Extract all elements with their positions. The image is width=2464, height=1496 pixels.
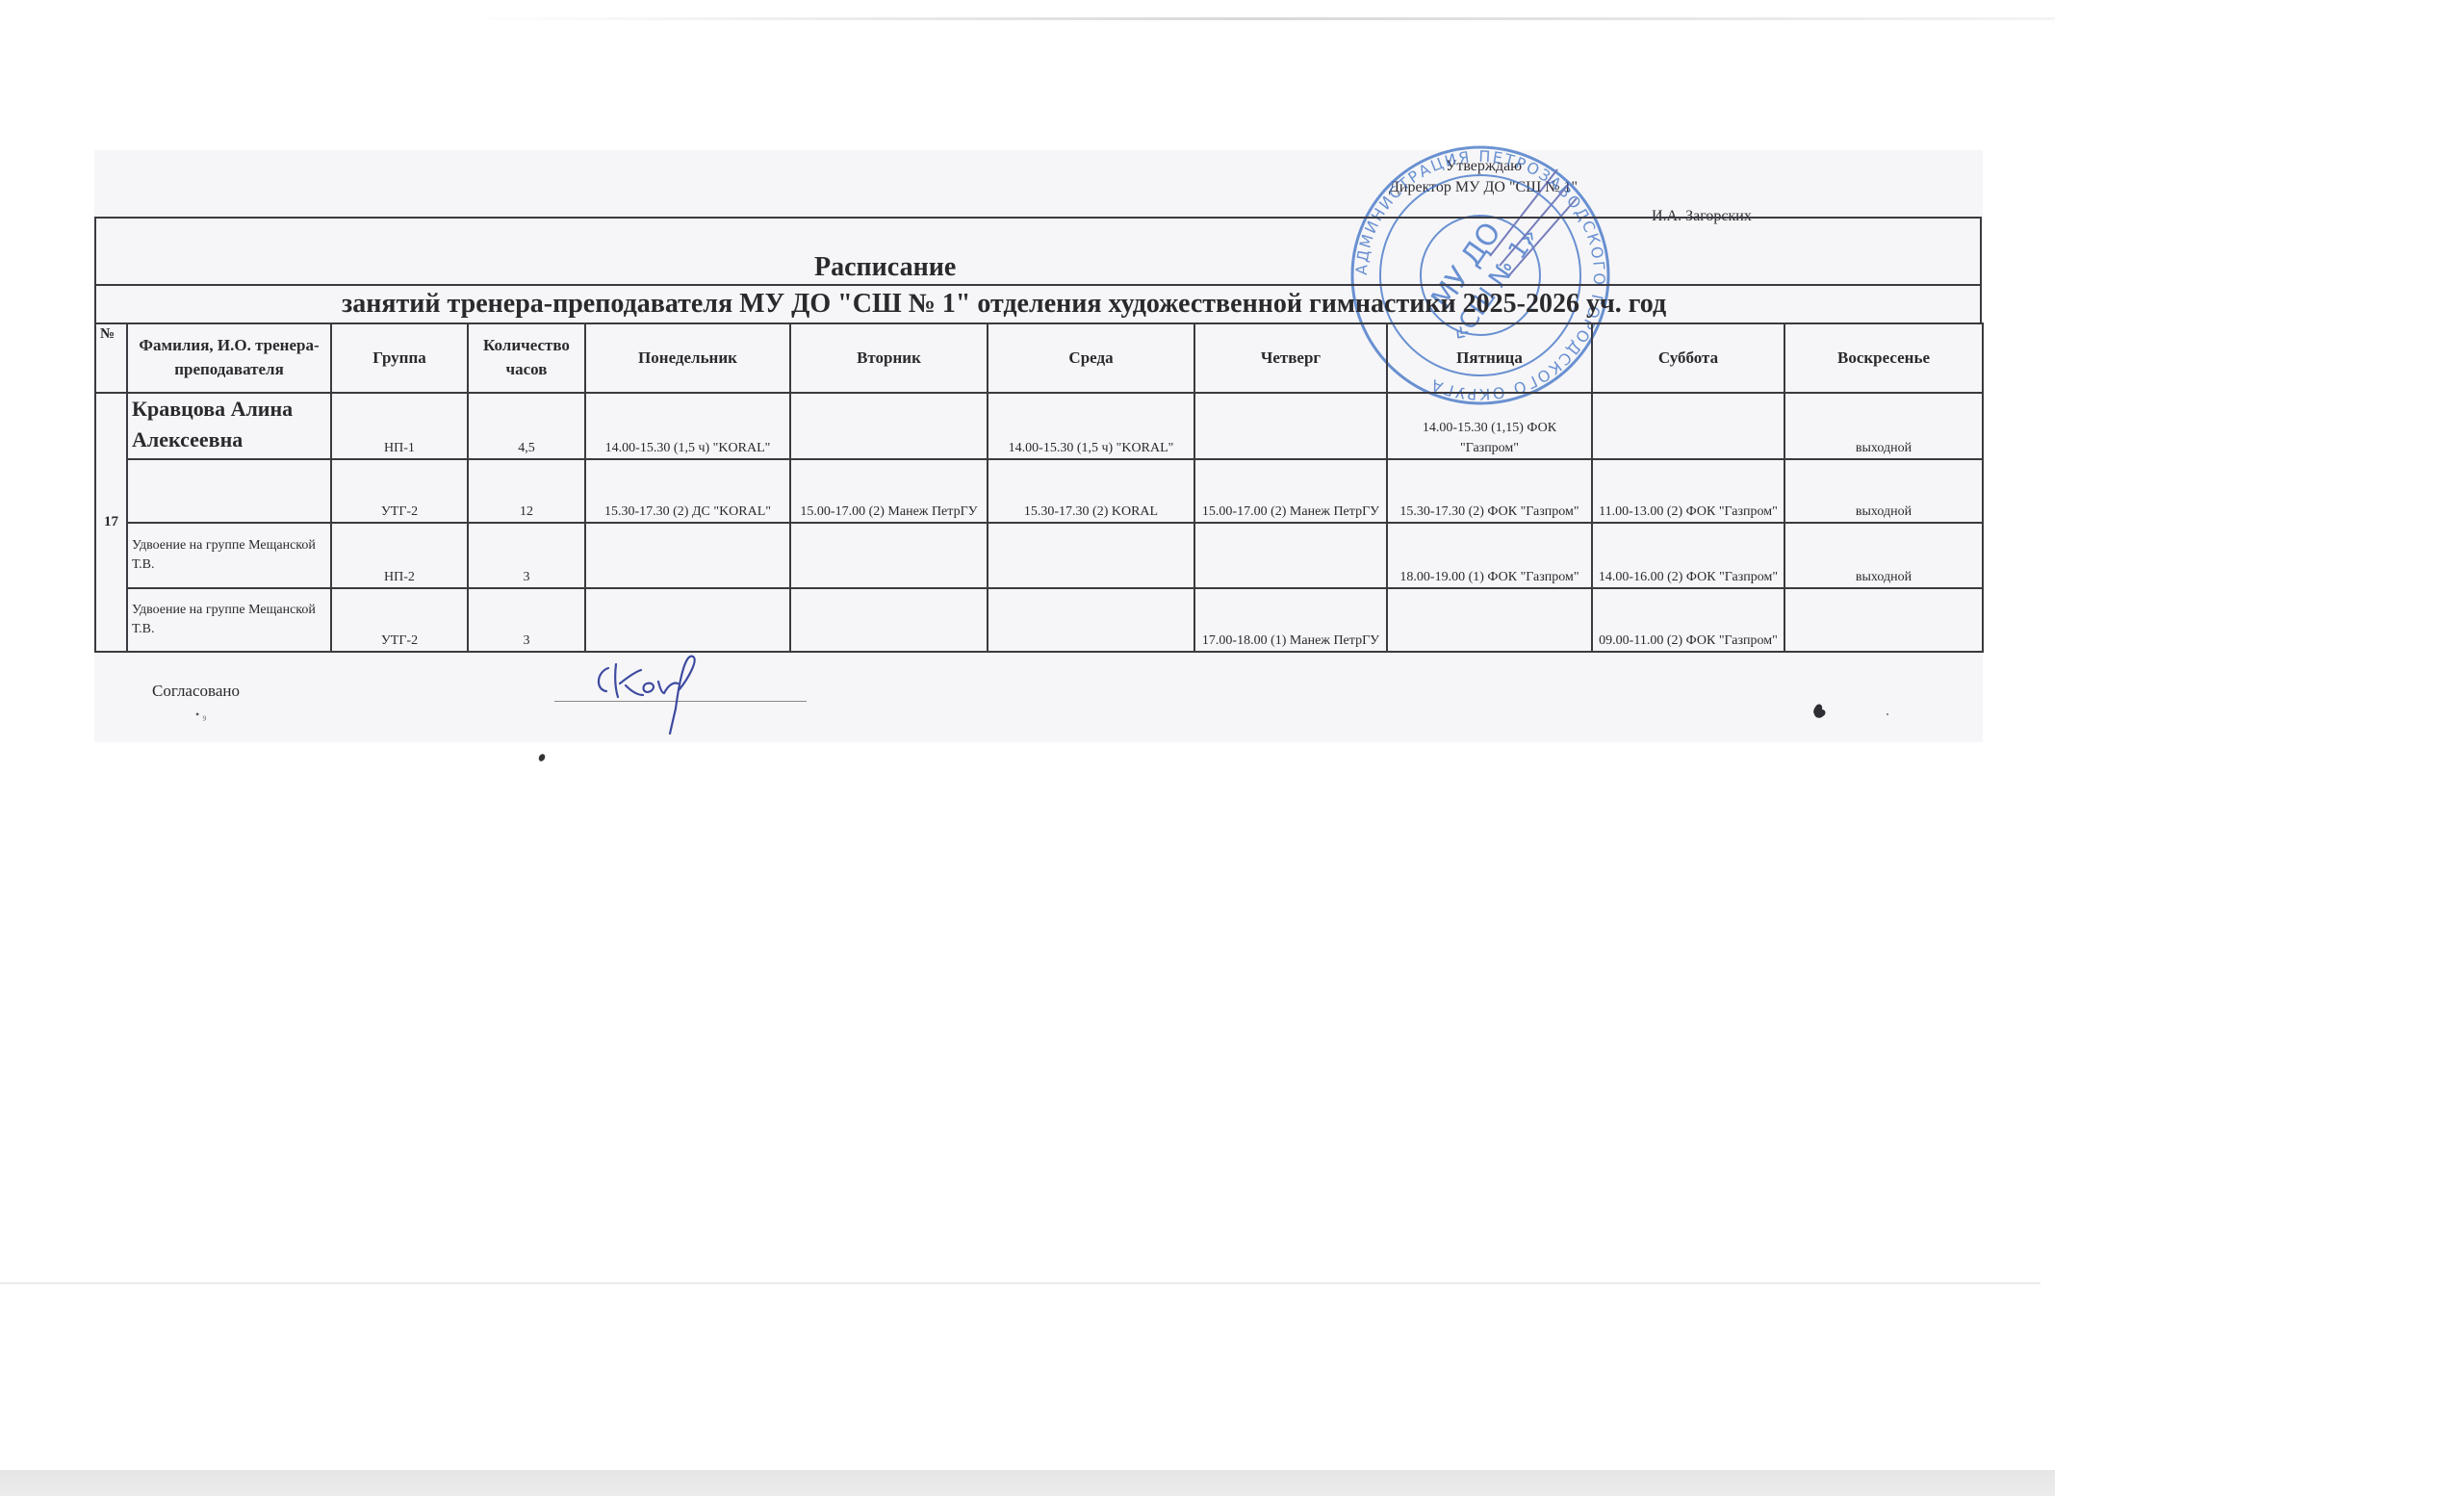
schedule-table: № Фамилия, И.О. тренера-преподавателя Гр… bbox=[94, 322, 1984, 653]
scan-speck bbox=[1886, 713, 1888, 715]
friday-cell: 14.00-15.30 (1,15) ФОК "Газпром" bbox=[1387, 393, 1592, 459]
title-divider bbox=[94, 284, 1982, 286]
sunday-cell: выходной bbox=[1784, 523, 1983, 588]
table-header-row: № Фамилия, И.О. тренера-преподавателя Гр… bbox=[95, 323, 1983, 393]
header-name: Фамилия, И.О. тренера-преподавателя bbox=[127, 323, 331, 393]
tuesday-cell bbox=[790, 393, 988, 459]
scan-artifact-line bbox=[0, 1282, 2040, 1284]
approval-label: Утверждаю bbox=[1446, 158, 1522, 175]
hours-cell: 12 bbox=[468, 459, 585, 523]
thursday-cell bbox=[1194, 523, 1387, 588]
thursday-cell: 17.00-18.00 (1) Манеж ПетрГУ bbox=[1194, 588, 1387, 652]
header-friday: Пятница bbox=[1387, 323, 1592, 393]
header-num: № bbox=[95, 323, 127, 393]
friday-cell: 18.00-19.00 (1) ФОК "Газпром" bbox=[1387, 523, 1592, 588]
monday-cell bbox=[585, 523, 790, 588]
saturday-cell: 09.00-11.00 (2) ФОК "Газпром" bbox=[1592, 588, 1784, 652]
table-row: Удвоение на группе Мещанской Т.В. УТГ-2 … bbox=[95, 588, 1983, 652]
hours-cell: 4,5 bbox=[468, 393, 585, 459]
sunday-cell: выходной bbox=[1784, 393, 1983, 459]
wednesday-cell bbox=[988, 588, 1194, 652]
sunday-cell bbox=[1784, 588, 1983, 652]
tuesday-cell bbox=[790, 523, 988, 588]
thursday-cell: 15.00-17.00 (2) Манеж ПетрГУ bbox=[1194, 459, 1387, 523]
group-cell: НП-2 bbox=[331, 523, 468, 588]
header-tuesday: Вторник bbox=[790, 323, 988, 393]
header-thursday: Четверг bbox=[1194, 323, 1387, 393]
monday-cell bbox=[585, 588, 790, 652]
document-title: Расписание bbox=[814, 252, 956, 283]
friday-cell bbox=[1387, 588, 1592, 652]
group-cell: УТГ-2 bbox=[331, 588, 468, 652]
ink-blot-icon bbox=[1811, 703, 1829, 720]
scan-speck: • ₉ bbox=[195, 708, 206, 722]
saturday-cell: 11.00-13.00 (2) ФОК "Газпром" bbox=[1592, 459, 1784, 523]
wednesday-cell: 15.30-17.30 (2) KORAL bbox=[988, 459, 1194, 523]
scan-speck bbox=[537, 753, 546, 762]
hours-cell: 3 bbox=[468, 523, 585, 588]
table-frame-top bbox=[94, 217, 1982, 219]
trainer-name: Удвоение на группе Мещанской Т.В. bbox=[127, 588, 331, 652]
table-row: УТГ-2 12 15.30-17.30 (2) ДС "KORAL" 15.0… bbox=[95, 459, 1983, 523]
trainer-name: Кравцова Алина Алексеевна bbox=[127, 393, 331, 459]
table-row: 17 Кравцова Алина Алексеевна НП-1 4,5 14… bbox=[95, 393, 1983, 459]
header-saturday: Суббота bbox=[1592, 323, 1784, 393]
saturday-cell bbox=[1592, 393, 1784, 459]
friday-cell: 15.30-17.30 (2) ФОК "Газпром" bbox=[1387, 459, 1592, 523]
wednesday-cell: 14.00-15.30 (1,5 ч) "KORAL" bbox=[988, 393, 1194, 459]
tuesday-cell: 15.00-17.00 (2) Манеж ПетрГУ bbox=[790, 459, 988, 523]
thursday-cell bbox=[1194, 393, 1387, 459]
agreed-label: Согласовано bbox=[152, 682, 240, 701]
monday-cell: 15.30-17.30 (2) ДС "KORAL" bbox=[585, 459, 790, 523]
signature-icon bbox=[587, 651, 731, 737]
scan-artifact-top bbox=[452, 17, 2055, 20]
group-cell: НП-1 bbox=[331, 393, 468, 459]
tuesday-cell bbox=[790, 588, 988, 652]
table-frame-left bbox=[94, 217, 96, 324]
trainer-name: Удвоение на группе Мещанской Т.В. bbox=[127, 523, 331, 588]
trainer-name bbox=[127, 459, 331, 523]
group-cell: УТГ-2 bbox=[331, 459, 468, 523]
hours-cell: 3 bbox=[468, 588, 585, 652]
approval-position: Директор МУ ДО "СШ № 1" bbox=[1389, 179, 1578, 196]
sunday-cell: выходной bbox=[1784, 459, 1983, 523]
header-group: Группа bbox=[331, 323, 468, 393]
monday-cell: 14.00-15.30 (1,5 ч) "KORAL" bbox=[585, 393, 790, 459]
header-hours: Количество часов bbox=[468, 323, 585, 393]
saturday-cell: 14.00-16.00 (2) ФОК "Газпром" bbox=[1592, 523, 1784, 588]
row-number: 17 bbox=[95, 393, 127, 652]
document-subtitle: занятий тренера-преподавателя МУ ДО "СШ … bbox=[342, 289, 1666, 320]
table-frame-right bbox=[1980, 217, 1982, 324]
header-monday: Понедельник bbox=[585, 323, 790, 393]
wednesday-cell bbox=[988, 523, 1194, 588]
table-row: Удвоение на группе Мещанской Т.В. НП-2 3… bbox=[95, 523, 1983, 588]
header-sunday: Воскресенье bbox=[1784, 323, 1983, 393]
header-wednesday: Среда bbox=[988, 323, 1194, 393]
scan-edge-bottom bbox=[0, 1470, 2055, 1496]
